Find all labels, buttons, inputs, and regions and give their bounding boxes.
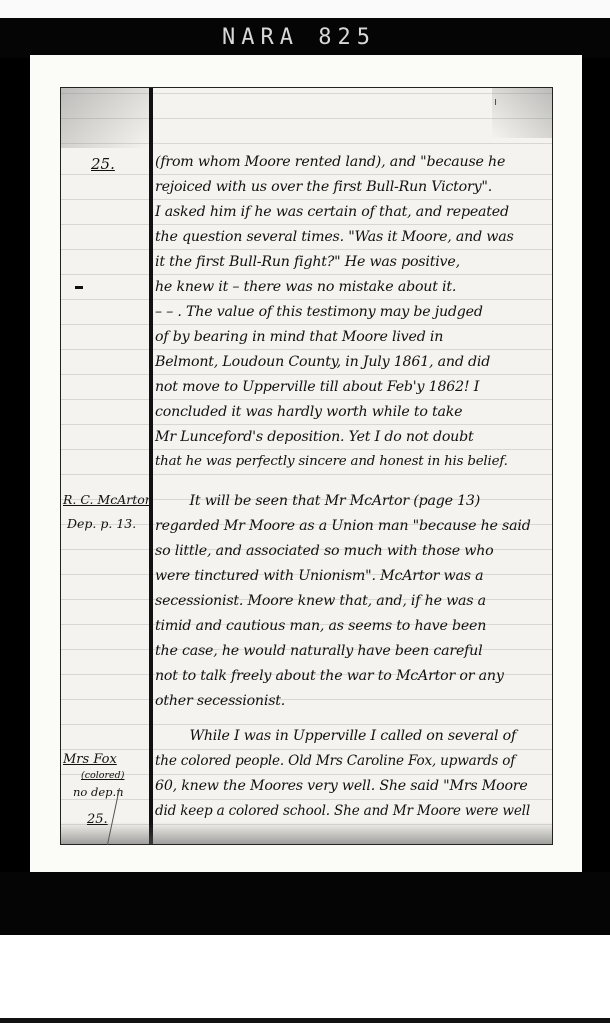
text-line: timid and cautious man, as seems to have… (155, 616, 486, 636)
text-line: rejoiced with us over the first Bull-Run… (155, 177, 492, 197)
text-line: the case, he would naturally have been c… (155, 641, 482, 661)
text-line: concluded it was hardly worth while to t… (155, 402, 462, 422)
text-line: so little, and associated so much with t… (155, 541, 493, 561)
text-line: secessionist. Moore knew that, and, if h… (155, 591, 486, 611)
film-frame-label: NARA 825 (222, 26, 372, 50)
margin-note-fox-name: Mrs Fox (63, 752, 117, 768)
corner-mark: ı (494, 95, 497, 108)
margin-note-fox-colored: (colored) (81, 768, 124, 784)
bottom-margin-strip (0, 935, 610, 1018)
margin-column: 25. R. C. McArtor Dep. p. 13. Mrs Fox (c… (61, 88, 149, 844)
text-line: of by bearing in mind that Moore lived i… (155, 327, 443, 347)
text-line: the colored people. Old Mrs Caroline Fox… (155, 751, 515, 771)
page-number: 25. (91, 156, 115, 172)
text-line: While I was in Upperville I called on se… (155, 726, 516, 746)
film-lower-band (0, 872, 610, 935)
text-line: not to talk freely about the war to McAr… (155, 666, 504, 686)
text-line: 60, knew the Moores very well. She said … (155, 776, 528, 796)
text-line: did keep a colored school. She and Mr Mo… (155, 801, 530, 821)
text-line: other secessionist. (155, 691, 285, 711)
margin-note-mcartor-name: R. C. McArtor (63, 492, 151, 508)
text-line: regarded Mr Moore as a Union man "becaus… (155, 516, 531, 536)
text-line: I asked him if he was certain of that, a… (155, 202, 509, 222)
text-line: it the first Bull-Run fight?" He was pos… (155, 252, 460, 272)
text-line: were tinctured with Unionism". McArtor w… (155, 566, 483, 586)
top-margin-strip (0, 0, 610, 19)
bottom-edge (0, 1018, 610, 1023)
text-line: he knew it – there was no mistake about … (155, 277, 456, 297)
text-line: not move to Upperville till about Feb'y … (155, 377, 479, 397)
text-line: the question several times. "Was it Moor… (155, 227, 514, 247)
margin-note-mcartor-ref: Dep. p. 13. (67, 516, 136, 532)
text-line: (from whom Moore rented land), and "beca… (155, 152, 505, 172)
text-line: – – . The value of this testimony may be… (155, 302, 483, 322)
handwritten-body: (from whom Moore rented land), and "beca… (155, 88, 546, 844)
margin-dash-mark (75, 286, 83, 289)
text-line: Mr Lunceford's deposition. Yet I do not … (155, 427, 473, 447)
text-line: Belmont, Loudoun County, in July 1861, a… (155, 352, 490, 372)
text-line: that he was perfectly sincere and honest… (155, 452, 508, 472)
text-line: It will be seen that Mr McArtor (page 13… (155, 491, 480, 511)
margin-rule-line (149, 88, 153, 844)
page-bottom-shadow (61, 822, 552, 844)
ledger-page: ı 25. R. C. McArtor Dep. p. 13. Mrs Fox … (60, 87, 553, 845)
